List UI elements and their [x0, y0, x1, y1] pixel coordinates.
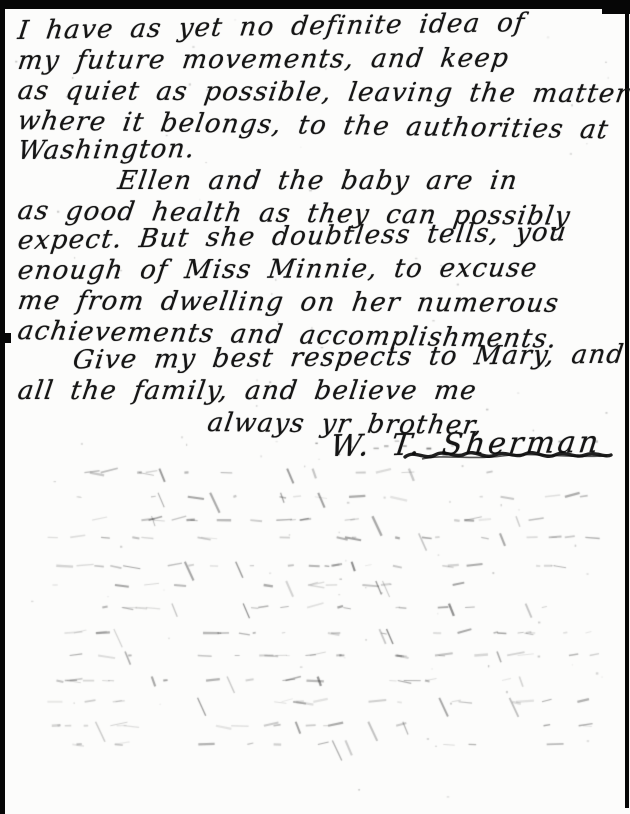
letter-line: as quiet as possible, leaving the matter [16, 76, 624, 109]
letter-line: enough of Miss Minnie, to excuse [16, 253, 624, 286]
letter-line: all the family, and believe me [16, 376, 624, 406]
letter-line: me from dwelling on her numerous [16, 286, 624, 319]
letter-line: my future movements, and keep [16, 43, 624, 76]
letter-line: Ellen and the baby are in [16, 166, 624, 196]
letter-page: I have as yet no definite idea ofmy futu… [0, 0, 630, 814]
scan-edge-left [0, 0, 5, 814]
letter-body: I have as yet no definite idea ofmy futu… [18, 16, 622, 466]
scan-edge-notch [4, 333, 11, 343]
letter-line: Give my best respects to Mary, and [16, 340, 625, 376]
scan-edge-right [625, 8, 629, 808]
letter-line: Washington. [16, 130, 625, 166]
letter-line: I have as yet no definite idea of [16, 7, 625, 46]
